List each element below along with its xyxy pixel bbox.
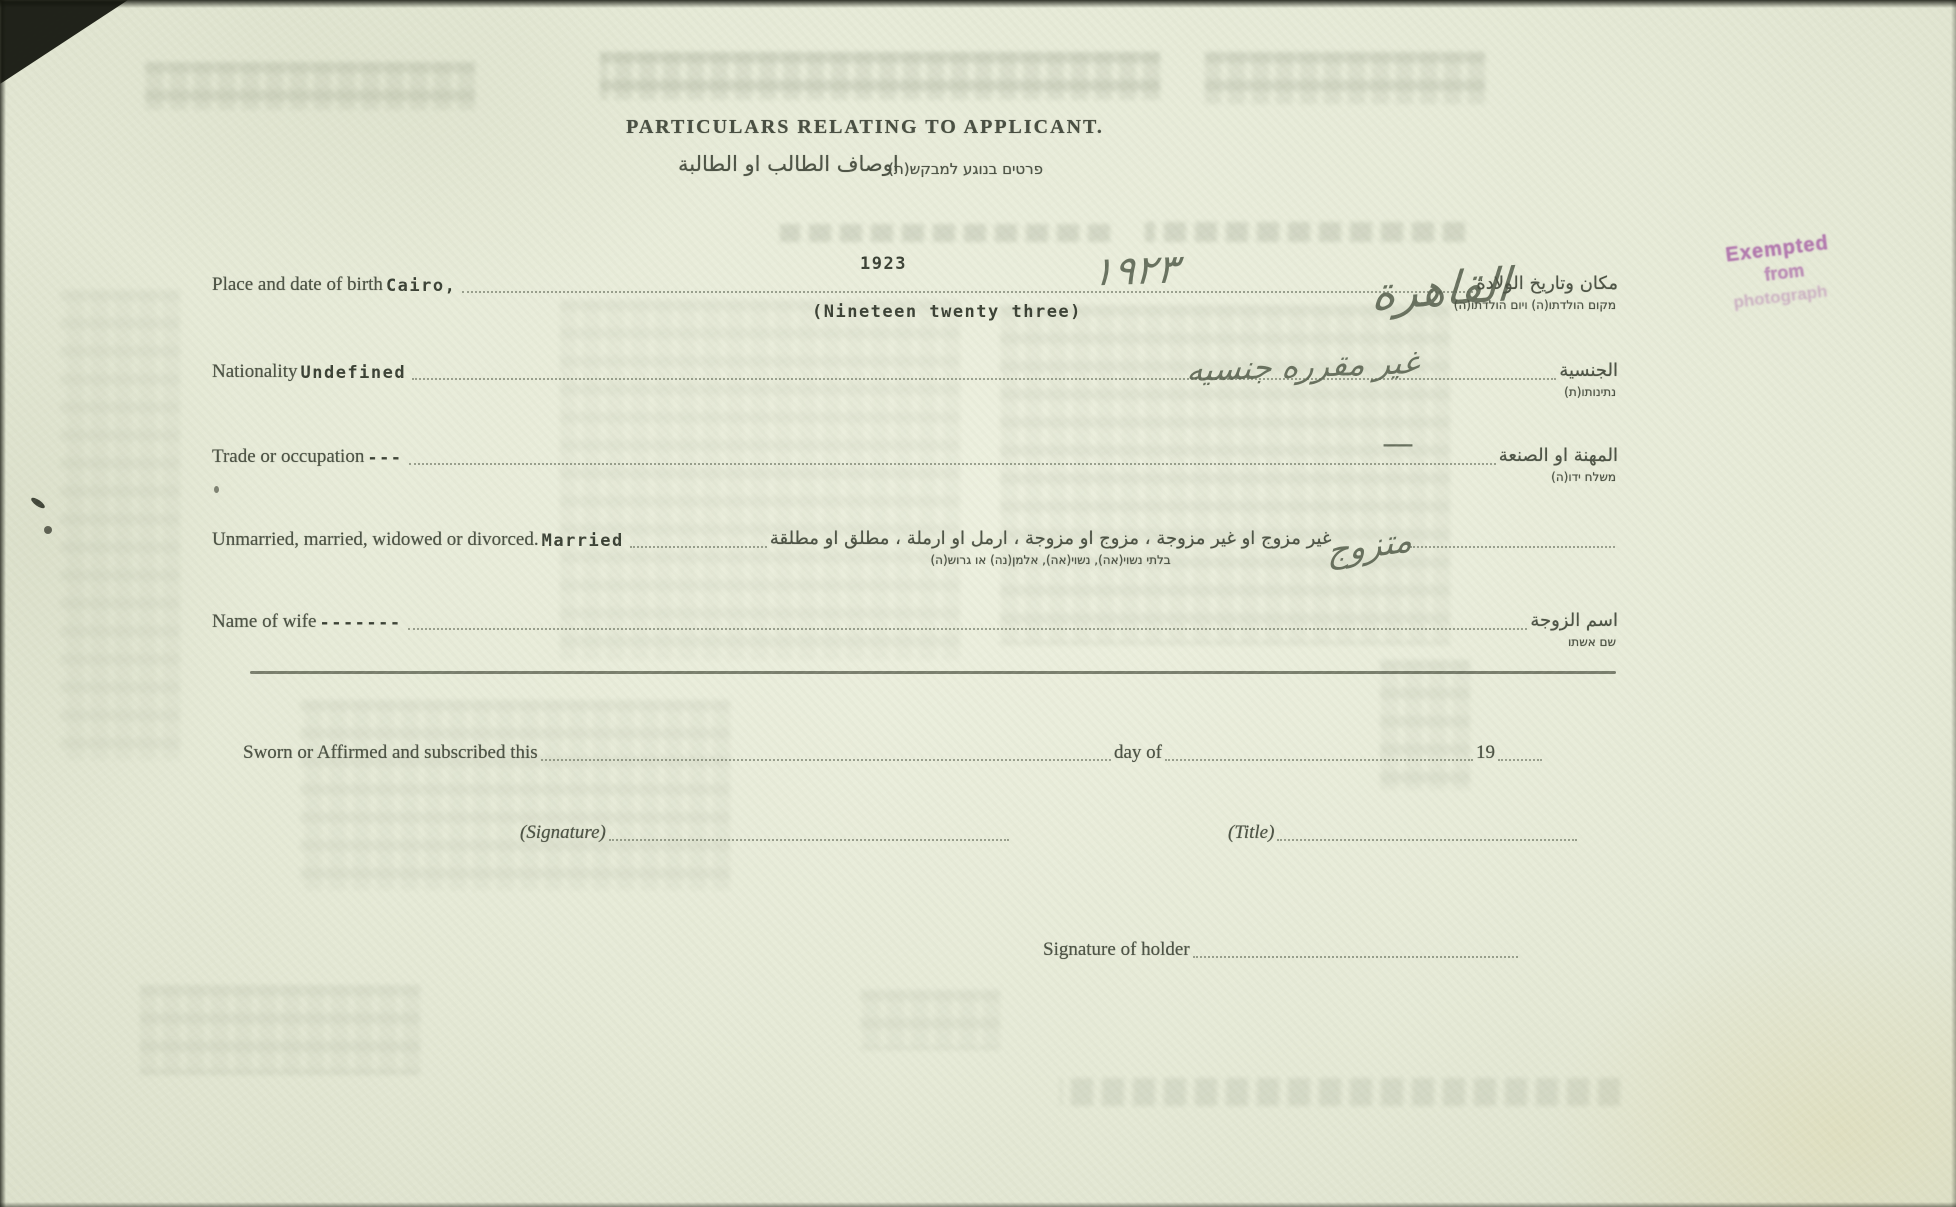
field-row-marital: Unmarried, married, widowed or divorced.… [212,519,1618,553]
nationality-label-hebrew: נתינותו(ת) [1564,385,1616,399]
wife-label-en: Name of wife [212,611,316,635]
nationality-typed-value: Undefined [297,363,409,385]
holder-signature-row: Signature of holder [1043,929,1521,963]
bleedthrough-ghost [1145,222,1465,242]
dotted-line [1165,759,1473,761]
bleedthrough-ghost [60,290,180,760]
bleedthrough-ghost [780,224,1110,242]
trade-label-en: Trade or occupation [212,446,364,470]
page-title: PARTICULARS RELATING TO APPLICANT. [565,116,1165,139]
field-row-birth: Place and date of birth Cairo, 1923 (Nin… [212,264,1618,298]
dotted-line [1193,956,1518,958]
birth-label-rtl: مكان وتاريخ الولادة מקום הולדתו(ה) ויום … [1476,272,1618,298]
year-prefix: 19 [1476,742,1495,766]
trade-typed-value: --- [364,448,405,470]
marital-typed-value: Married [539,531,627,553]
holder-signature-label: Signature of holder [1043,939,1190,963]
birth-typed-year-words: (Nineteen twenty three) [812,302,1082,322]
ink-speck [44,526,52,534]
dotted-line [1410,546,1615,548]
attestation-row-signature: (Signature) [520,812,1012,846]
nationality-handwritten-value: غير مقرره جنسيه [1185,343,1421,389]
field-row-nationality: Nationality Undefined غير مقرره جنسيه ال… [212,351,1618,385]
dotted-line [541,759,1111,761]
page-subtitle-arabic: اوصاف الطالب او الطالبة [678,152,899,176]
scanned-form-page: PARTICULARS RELATING TO APPLICANT. اوصاف… [0,0,1956,1207]
dotted-line [1498,759,1542,761]
wife-label-rtl: اسم الزوجة שם אשתו [1530,609,1618,635]
bleedthrough-ghost [1060,1078,1620,1106]
dotted-line [462,291,1473,293]
marital-handwritten-value: متزوج [1328,523,1413,569]
bleedthrough-ghost [1205,52,1485,104]
sworn-label: Sworn or Affirmed and subscribed this [243,742,538,766]
bleedthrough-ghost [300,700,730,890]
trade-label-hebrew: משלח ידו(ה) [1551,470,1616,484]
bleedthrough-ghost [140,985,420,1075]
field-row-trade: Trade or occupation --- — المهنة او الصن… [212,436,1618,470]
birth-typed-year: 1923 [860,254,907,274]
attestation-row-title: (Title) [1228,812,1580,846]
trade-label-arabic: المهنة او الصنعة [1499,445,1618,466]
bleedthrough-ghost [860,990,1000,1050]
wife-label-hebrew: שם אשתו [1568,635,1616,649]
birth-label-en: Place and date of birth [212,274,383,298]
field-row-wife: Name of wife ------- اسم الزوجة שם אשתו [212,601,1618,635]
signature-label: (Signature) [520,822,606,846]
title-label: (Title) [1228,822,1274,846]
marital-label-arabic: غير مزوج او غير مزوجة ، مزوج او مزوجة ، … [770,528,1332,549]
attestation-row-sworn: Sworn or Affirmed and subscribed this da… [243,732,1545,766]
day-of-label: day of [1114,742,1162,766]
bleedthrough-ghost [600,52,1160,100]
marital-label-rtl: غير مزوج او غير مزوجة ، مزوج او مزوجة ، … [770,527,1332,553]
scan-corner-shadow [0,0,128,84]
birth-handwritten-year: ١٩٢٣ [1090,246,1179,295]
wife-label-arabic: اسم الزوجة [1530,610,1618,631]
dotted-line [609,839,1009,841]
wife-typed-value: ------- [316,613,404,635]
marital-label-hebrew: בלתי נשוי(אה), נשוי(אה), אלמן(נה) או גרו… [930,553,1170,567]
bleedthrough-ghost [1380,660,1470,790]
birth-label-arabic: مكان وتاريخ الولادة [1476,273,1618,294]
dotted-line [630,546,767,548]
ink-speck [30,496,47,510]
birth-label-hebrew: מקום הולדתו(ה) ויום הולדתו(ה) [1454,298,1616,312]
dotted-line [409,463,1496,465]
birth-typed-value: Cairo, [383,276,459,298]
nationality-label-rtl: الجنسية נתינותו(ת) [1559,359,1618,385]
horizontal-rule [250,671,1616,674]
bleedthrough-ghost [145,62,475,110]
trade-label-rtl: المهنة او الصنعة משלח ידו(ה) [1499,444,1618,470]
marital-label-en: Unmarried, married, widowed or divorced. [212,529,539,553]
page-subtitle-hebrew: פרטים בנוגע למבקש(ת) [888,160,1043,178]
ink-speck [214,486,219,493]
exemption-stamp: Exempted from photograph [1724,224,1901,313]
dotted-line [408,628,1528,630]
nationality-label-arabic: الجنسية [1559,360,1618,381]
dotted-line [1277,839,1577,841]
trade-handwritten-value: — [1382,424,1414,462]
nationality-label-en: Nationality [212,361,297,385]
